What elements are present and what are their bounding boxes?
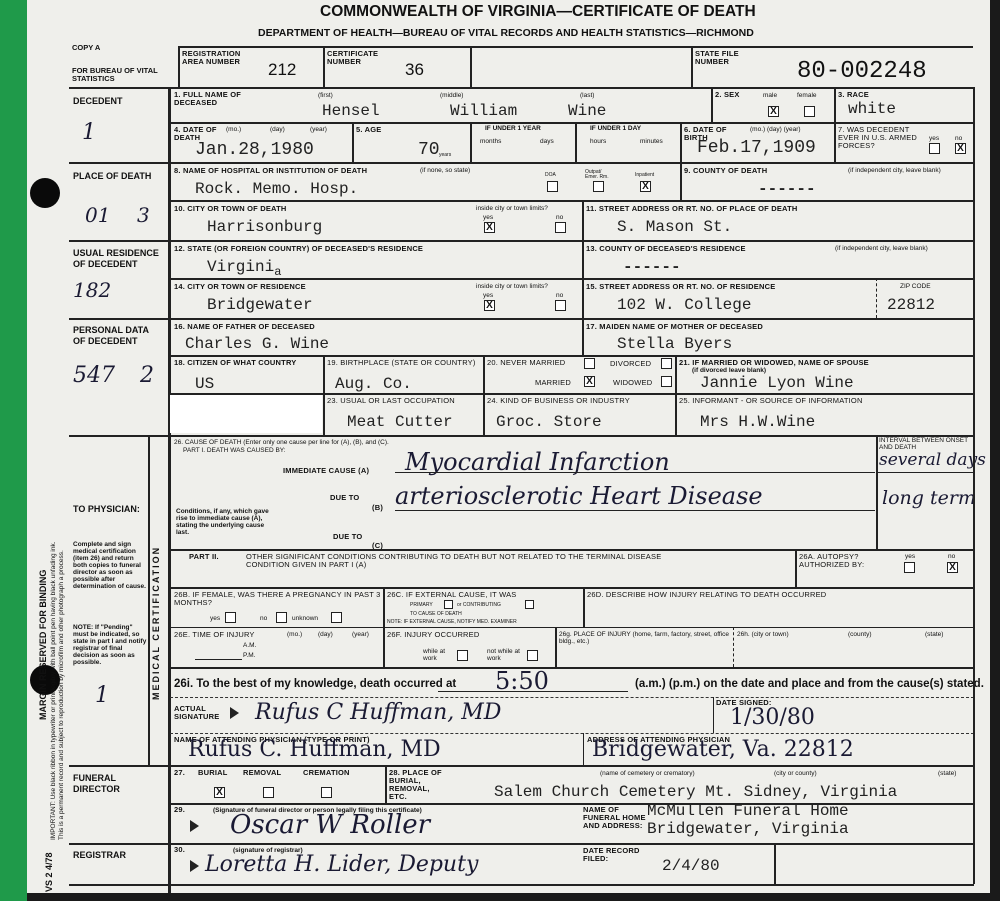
city-death-no-label: no bbox=[556, 214, 563, 221]
date-signed: 1/30/80 bbox=[730, 705, 815, 730]
contributing-checkbox[interactable] bbox=[525, 600, 534, 609]
injury-year-label: (year) bbox=[352, 631, 369, 638]
f16-label: 16. NAME OF FATHER OF DECEASED bbox=[174, 323, 315, 331]
last-label: (last) bbox=[580, 92, 594, 99]
not-while-work-label: not while at work bbox=[487, 648, 527, 662]
f3-label: 3. RACE bbox=[838, 91, 869, 99]
time-of-death: 5:50 bbox=[495, 667, 549, 695]
father-name: Charles G. Wine bbox=[185, 335, 329, 353]
years-label: years bbox=[439, 152, 451, 159]
f17-label: 17. MAIDEN NAME OF MOTHER OF DECEASED bbox=[586, 323, 763, 331]
not-while-work-checkbox[interactable] bbox=[527, 650, 538, 661]
f2-label: 2. SEX bbox=[715, 91, 740, 99]
knowledge-label: 26i. To the best of my knowledge, death … bbox=[174, 678, 456, 690]
autopsy-label: 26a. AUTOPSY? AUTHORIZED BY: bbox=[799, 553, 879, 569]
registrar-signature: Loretta H. Lider, Deputy bbox=[205, 852, 478, 877]
minutes-label: minutes bbox=[640, 138, 663, 145]
section-place-of-death: PLACE OF DEATH bbox=[73, 171, 153, 182]
f13-label: 13. COUNTY OF DECEASED'S RESIDENCE bbox=[586, 245, 746, 253]
to-cause-label: TO CAUSE OF DEATH bbox=[410, 611, 462, 618]
county-injury-label: (county) bbox=[848, 631, 871, 638]
code-residence: 182 bbox=[73, 278, 111, 302]
cremation-checkbox[interactable] bbox=[321, 787, 332, 798]
while-work-label: while at work bbox=[423, 648, 458, 662]
day-label: (day) bbox=[270, 126, 285, 133]
city-county-hint: (city or county) bbox=[774, 770, 817, 777]
code-decedent: 1 bbox=[82, 120, 96, 145]
citizenship: US bbox=[195, 375, 214, 393]
f14-label: 14. CITY OR TOWN OF RESIDENCE bbox=[174, 283, 306, 291]
while-work-checkbox[interactable] bbox=[457, 650, 468, 661]
hospital-name: Rock. Memo. Hosp. bbox=[195, 180, 358, 198]
cemetery-hint: (name of cemetery or crematory) bbox=[600, 770, 695, 777]
f23-label: 23. USUAL OR LAST OCCUPATION bbox=[327, 397, 455, 405]
married-checkbox[interactable]: X bbox=[584, 376, 595, 387]
due-to-c-label: DUE TO bbox=[333, 533, 362, 541]
arrow-icon bbox=[230, 707, 239, 719]
cause-b: arteriosclerotic Heart Disease bbox=[395, 482, 763, 510]
injury-occurred-label: 26f. INJURY OCCURRED bbox=[387, 631, 480, 639]
middle-name: William bbox=[450, 102, 517, 120]
b-label: (B) bbox=[372, 504, 383, 512]
pregnancy-label: 26b. IF FEMALE, WAS THERE A PREGNANCY IN… bbox=[174, 591, 384, 607]
injury-mo-label: (mo.) bbox=[287, 631, 302, 638]
state-injury-label: (state) bbox=[925, 631, 943, 638]
informant: Mrs H.W.Wine bbox=[700, 413, 815, 431]
conditions-note: Conditions, if any, which gave rise to i… bbox=[176, 508, 276, 536]
pregnancy-yes-label: yes bbox=[210, 615, 220, 622]
street-of-residence: 102 W. College bbox=[617, 296, 751, 314]
inpatient-label: Inpatient bbox=[635, 172, 654, 179]
zip-code: 22812 bbox=[887, 296, 935, 314]
autopsy-yes-checkbox[interactable] bbox=[904, 562, 915, 573]
pregnancy-unknown-checkbox[interactable] bbox=[331, 612, 342, 623]
city-death-yes-label: yes bbox=[483, 214, 493, 221]
date-of-birth: Feb.17,1909 bbox=[697, 138, 816, 158]
due-to-b-label: DUE TO bbox=[330, 494, 359, 502]
contributing-label: or CONTRIBUTING bbox=[457, 602, 501, 609]
burial-label: BURIAL bbox=[198, 769, 228, 777]
margin-title: MARGIN RESERVED FOR BINDING bbox=[38, 570, 48, 720]
pending-note: NOTE: If "Pending" must be indicated, so… bbox=[73, 624, 148, 666]
dob-units: (mo.) (day) (year) bbox=[750, 126, 801, 133]
mo-label: (mo.) bbox=[226, 126, 241, 133]
f13-hint: (if independent city, leave blank) bbox=[835, 245, 928, 252]
inside-limits-label-2: inside city or town limits? bbox=[476, 283, 548, 290]
arrow-icon bbox=[190, 820, 199, 832]
state-of-residence: Virginia bbox=[207, 258, 281, 279]
city-injury-label: 26h. (city or town) bbox=[737, 631, 789, 638]
f9-label: 9. COUNTY OF DEATH bbox=[684, 167, 767, 175]
copy-label: COPY A bbox=[72, 43, 100, 52]
pregnancy-no-checkbox[interactable] bbox=[276, 612, 287, 623]
ssn-redacted bbox=[170, 395, 322, 433]
doa-label: DOA bbox=[545, 172, 556, 179]
am-label: A.M. bbox=[243, 642, 256, 649]
f9-hint: (if independent city, leave blank) bbox=[848, 167, 941, 174]
removal-label: REMOVAL bbox=[243, 769, 281, 777]
f30-label: 30. bbox=[174, 846, 185, 854]
funeral-home-city: Bridgewater, Virginia bbox=[647, 820, 849, 838]
city-death-no-checkbox[interactable] bbox=[555, 222, 566, 233]
age: 70 bbox=[418, 140, 440, 160]
part1-label: PART I. DEATH WAS CAUSED BY: bbox=[183, 447, 286, 454]
state-file-label: STATE FILE NUMBER bbox=[695, 50, 755, 66]
male-label: male bbox=[763, 92, 777, 99]
f24-label: 24. KIND OF BUSINESS OR INDUSTRY bbox=[487, 397, 630, 405]
f25-label: 25. INFORMANT - OR SOURCE OF INFORMATION bbox=[679, 397, 863, 405]
primary-checkbox[interactable] bbox=[444, 600, 453, 609]
year-label: (year) bbox=[310, 126, 327, 133]
funeral-home-label: NAME OF FUNERAL HOME AND ADDRESS: bbox=[583, 806, 653, 830]
physician-name: Rufus C. Huffman, MD bbox=[188, 737, 441, 762]
for-bureau-label: FOR BUREAU OF VITAL STATISTICS bbox=[72, 67, 162, 83]
spouse-name: Jannie Lyon Wine bbox=[700, 374, 854, 392]
pregnancy-no-label: no bbox=[260, 615, 267, 622]
city-of-residence: Bridgewater bbox=[207, 296, 313, 314]
f21-label: 21. IF MARRIED OR WIDOWED, NAME OF SPOUS… bbox=[679, 359, 869, 367]
injury-day-label: (day) bbox=[318, 631, 333, 638]
date-filed: 2/4/80 bbox=[662, 857, 720, 875]
interval-b: long term bbox=[882, 487, 976, 509]
hours-label: hours bbox=[590, 138, 606, 145]
f5-label: 5. AGE bbox=[356, 126, 382, 134]
mother-name: Stella Byers bbox=[617, 335, 732, 353]
armed-no-checkbox[interactable]: X bbox=[955, 143, 966, 154]
physician-instructions: Complete and sign medical certification … bbox=[73, 541, 148, 590]
divorced-label: DIVORCED bbox=[610, 360, 651, 368]
primary-label: PRIMARY bbox=[410, 602, 433, 609]
section-to-physician: TO PHYSICIAN: bbox=[73, 504, 153, 515]
county-of-death: ------ bbox=[758, 180, 816, 198]
married-label: MARRIED bbox=[535, 379, 571, 387]
last-name: Wine bbox=[568, 102, 606, 120]
funeral-home-name: McMullen Funeral Home bbox=[647, 802, 849, 820]
occupation: Meat Cutter bbox=[347, 413, 453, 431]
code-physician: 1 bbox=[95, 683, 109, 708]
punch-hole bbox=[30, 178, 60, 208]
physician-address: Bridgewater, Va. 22812 bbox=[592, 737, 854, 762]
f20-label: 20. NEVER MARRIED bbox=[487, 359, 565, 367]
funeral-director-signature: Oscar W Roller bbox=[230, 810, 430, 840]
registration-area-number: 212 bbox=[268, 60, 296, 80]
certificate-subtitle: DEPARTMENT OF HEALTH—BUREAU OF VITAL REC… bbox=[258, 27, 754, 39]
cremation-label: CREMATION bbox=[303, 769, 350, 777]
autopsy-no-label: no bbox=[948, 553, 955, 560]
signature-label: ACTUAL SIGNATURE bbox=[174, 705, 224, 721]
f15-label: 15. STREET ADDRESS OR RT. NO. OF RESIDEN… bbox=[586, 283, 775, 291]
armed-no-label: no bbox=[955, 135, 962, 142]
section-usual-residence: USUAL RESIDENCE OF DECEDENT bbox=[73, 248, 163, 270]
days-label: days bbox=[540, 138, 554, 145]
pm-label: P.M. bbox=[243, 652, 256, 659]
external-note: NOTE: IF EXTERNAL CAUSE, NOTIFY MED. EXA… bbox=[387, 619, 517, 626]
time-injury-label: 26e. TIME OF INJURY bbox=[174, 631, 255, 639]
code-personal-b: 2 bbox=[140, 363, 154, 388]
first-label: (first) bbox=[318, 92, 333, 99]
form-code: VS 2 4/78 bbox=[44, 852, 54, 892]
pregnancy-unknown-label: unknown bbox=[292, 615, 318, 622]
external-cause-label: 26c. IF EXTERNAL CAUSE, IT WAS bbox=[387, 591, 517, 599]
margin-note-2: This is a permanent record and subject t… bbox=[58, 550, 65, 840]
sex-male-checkbox[interactable]: X bbox=[768, 106, 779, 117]
under-day-label: IF UNDER 1 DAY bbox=[590, 125, 641, 132]
interval-label: INTERVAL BETWEEN ONSET AND DEATH bbox=[879, 437, 974, 451]
autopsy-no-checkbox[interactable]: X bbox=[947, 562, 958, 573]
divorced-checkbox[interactable] bbox=[661, 358, 672, 369]
armed-yes-checkbox[interactable] bbox=[929, 143, 940, 154]
county-of-residence: ------ bbox=[623, 258, 681, 276]
certificate-title: COMMONWEALTH OF VIRGINIA—CERTIFICATE OF … bbox=[320, 3, 756, 21]
inside-limits-label: inside city or town limits? bbox=[476, 205, 548, 212]
widowed-checkbox[interactable] bbox=[661, 376, 672, 387]
f7-label: 7. WAS DECEDENT EVER IN U.S. ARMED FORCE… bbox=[838, 126, 928, 150]
city-res-no-label: no bbox=[556, 292, 563, 299]
first-name: Hensel bbox=[322, 102, 380, 120]
date-of-death: Jan.28,1980 bbox=[195, 140, 314, 160]
outpatient-checkbox[interactable] bbox=[593, 181, 604, 192]
race: white bbox=[848, 100, 896, 118]
f11-label: 11. STREET ADDRESS OR RT. NO. OF PLACE O… bbox=[586, 205, 798, 213]
burial-state-hint: (state) bbox=[938, 770, 956, 777]
physician-signature: Rufus C Huffman, MD bbox=[255, 700, 501, 725]
section-personal-data: PERSONAL DATA OF DECEDENT bbox=[73, 325, 153, 347]
city-res-no-checkbox[interactable] bbox=[555, 300, 566, 311]
interval-a: several days bbox=[879, 450, 986, 470]
removal-checkbox[interactable] bbox=[263, 787, 274, 798]
certificate-number-label: CERTIFICATE NUMBER bbox=[327, 50, 397, 66]
street-of-death: S. Mason St. bbox=[617, 218, 732, 236]
inpatient-checkbox[interactable]: X bbox=[640, 181, 651, 192]
never-married-checkbox[interactable] bbox=[584, 358, 595, 369]
describe-injury-label: 26d. DESCRIBE HOW INJURY RELATING TO DEA… bbox=[587, 591, 826, 599]
female-label: female bbox=[797, 92, 817, 99]
certificate-number: 36 bbox=[405, 60, 424, 80]
code-place-a: 01 bbox=[85, 203, 110, 227]
medical-certification-label: MEDICAL CERTIFICATION bbox=[151, 546, 161, 700]
f18-label: 18. CITIZEN OF WHAT COUNTRY bbox=[174, 359, 296, 367]
f28-label: 28. PLACE OF BURIAL, REMOVAL, ETC. bbox=[389, 769, 449, 801]
under-year-label: IF UNDER 1 YEAR bbox=[485, 125, 541, 132]
place-injury-label: 26g. PLACE OF INJURY (home, farm, factor… bbox=[559, 631, 734, 645]
city-death-yes-checkbox[interactable]: X bbox=[484, 222, 495, 233]
burial-checkbox[interactable]: X bbox=[214, 787, 225, 798]
registration-area-label: REGISTRATION AREA NUMBER bbox=[182, 50, 262, 66]
scan-edge bbox=[990, 0, 1000, 901]
months-label: months bbox=[480, 138, 501, 145]
section-funeral-director: FUNERAL DIRECTOR bbox=[73, 773, 153, 795]
place-of-burial: Salem Church Cemetery Mt. Sidney, Virgin… bbox=[494, 783, 897, 801]
f10-label: 10. CITY OR TOWN OF DEATH bbox=[174, 205, 287, 213]
arrow-icon bbox=[190, 860, 199, 872]
city-res-yes-label: yes bbox=[483, 292, 493, 299]
f29-label: 29. bbox=[174, 806, 185, 814]
sex-female-checkbox[interactable] bbox=[804, 106, 815, 117]
birthplace: Aug. Co. bbox=[335, 375, 412, 393]
code-personal-a: 547 bbox=[73, 363, 115, 388]
city-res-yes-checkbox[interactable]: X bbox=[484, 300, 495, 311]
widowed-label: WIDOWED bbox=[613, 379, 652, 387]
autopsy-yes-label: yes bbox=[905, 553, 915, 560]
f26-label: 26. CAUSE OF DEATH (Enter only one cause… bbox=[174, 439, 474, 446]
f1-label: 1. FULL NAME OF DECEASED bbox=[174, 91, 254, 107]
part2-label: PART II. bbox=[189, 553, 219, 561]
zip-label: ZIP CODE bbox=[900, 283, 931, 290]
section-decedent: DECEDENT bbox=[73, 96, 123, 107]
state-file-number: 80-002248 bbox=[797, 58, 927, 85]
margin-note-1: IMPORTANT: Use black ribbon in typewrite… bbox=[50, 541, 57, 840]
green-binding-strip bbox=[0, 0, 27, 901]
armed-yes-label: yes bbox=[929, 135, 939, 142]
f12-label: 12. STATE (OR FOREIGN COUNTRY) OF DECEAS… bbox=[174, 245, 423, 253]
immediate-cause-label: IMMEDIATE CAUSE (A) bbox=[283, 467, 369, 475]
f8-label: 8. NAME OF HOSPITAL OR INSTITUTION OF DE… bbox=[174, 167, 367, 175]
f8-hint: (if none, so state) bbox=[420, 167, 470, 174]
knowledge-suffix: (a.m.) (p.m.) on the date and place and … bbox=[635, 678, 984, 690]
date-filed-label: DATE RECORD FILED: bbox=[583, 847, 653, 863]
f19-label: 19. BIRTHPLACE (state or country) bbox=[327, 359, 476, 367]
middle-label: (middle) bbox=[440, 92, 463, 99]
section-registrar: REGISTRAR bbox=[73, 850, 126, 861]
part2-text: OTHER SIGNIFICANT CONDITIONS CONTRIBUTIN… bbox=[246, 553, 666, 569]
f21-hint: (if divorced leave blank) bbox=[692, 367, 766, 374]
city-of-death: Harrisonburg bbox=[207, 218, 322, 236]
business: Groc. Store bbox=[496, 413, 602, 431]
outpatient-label: Outpat/ Emer. Rm. bbox=[585, 170, 615, 180]
code-place-b: 3 bbox=[137, 203, 150, 227]
f27-label: 27. bbox=[174, 769, 185, 777]
doa-checkbox[interactable] bbox=[547, 181, 558, 192]
pregnancy-yes-checkbox[interactable] bbox=[225, 612, 236, 623]
